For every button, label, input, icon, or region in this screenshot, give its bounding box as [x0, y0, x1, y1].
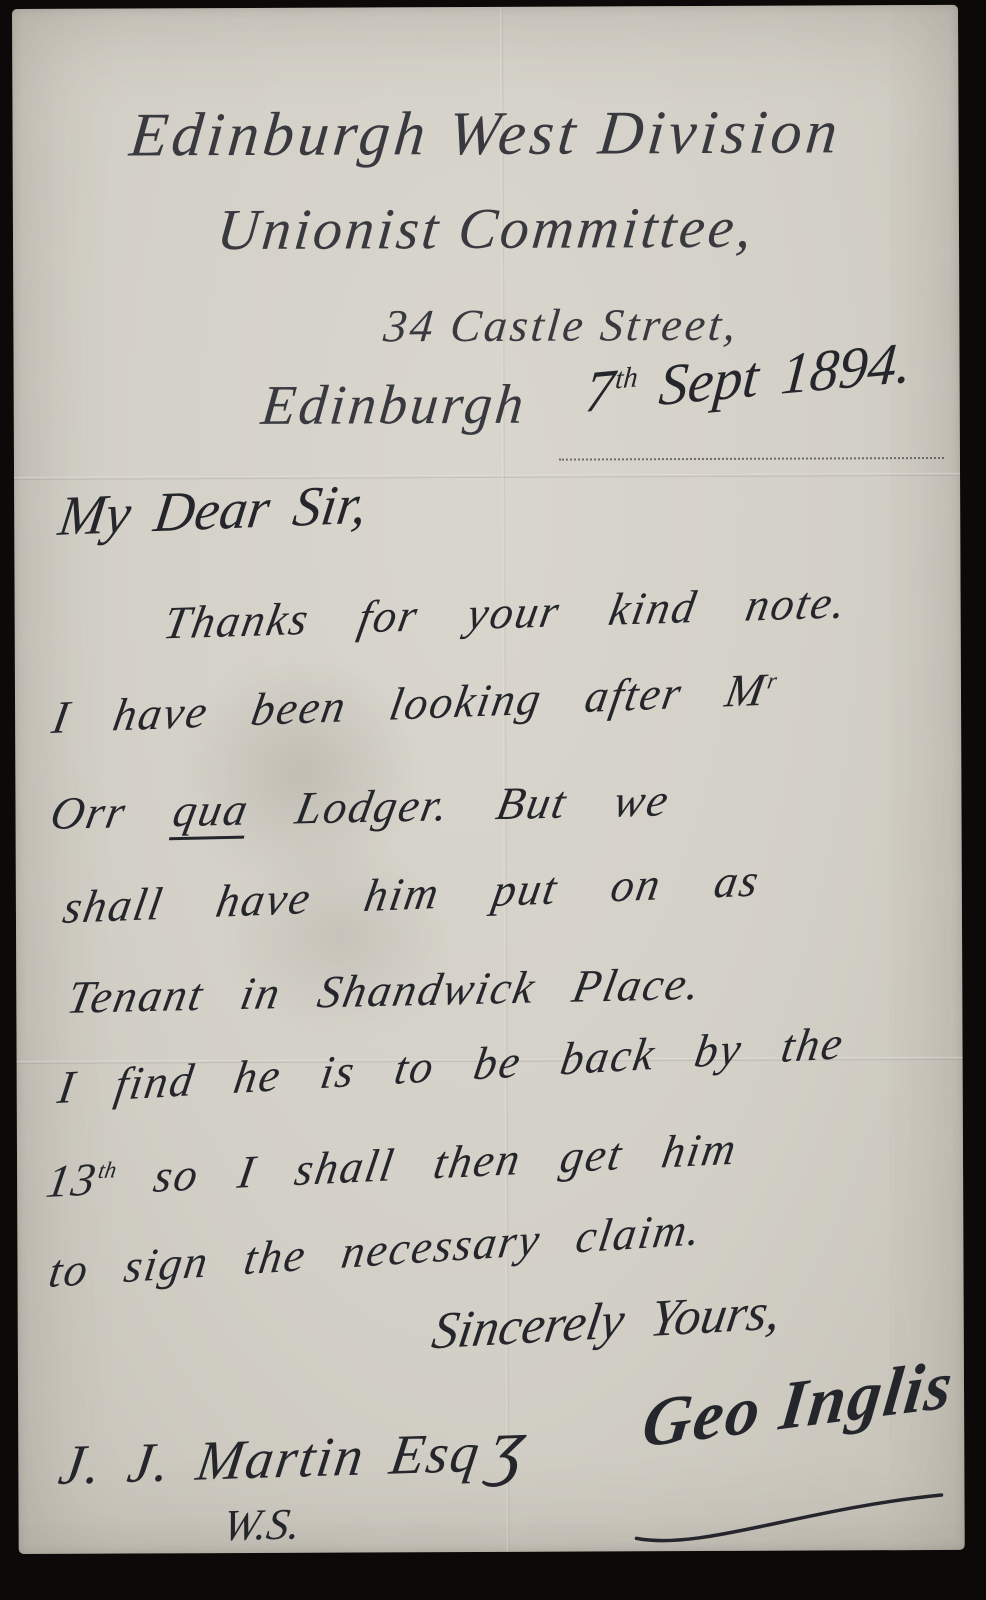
date-ordinal: th	[614, 361, 639, 395]
esq-flourish: ʒ	[485, 1403, 533, 1487]
photo-background: Edinburgh West Division Unionist Committ…	[0, 0, 986, 1600]
body-line-7-post: so I shall then get him	[111, 1122, 742, 1203]
letterhead-line1: Edinburgh West Division	[12, 97, 962, 172]
date-ruled-line	[559, 457, 944, 461]
recipient-name-text: J. J. Martin Esq	[55, 1422, 485, 1497]
body-line-3-pre: Orr	[47, 785, 179, 839]
fold-crease-horizontal-top	[14, 473, 960, 480]
signature-flourish	[629, 1485, 951, 1553]
body-line-1: Thanks for your kind note.	[160, 575, 852, 649]
recipient-postnominal: W.S.	[220, 1498, 304, 1551]
body-line-7-day: 13	[43, 1153, 101, 1207]
date-day: 7	[583, 356, 617, 424]
signature: Geo Inglis	[638, 1344, 958, 1464]
body-line-8: to sign the necessary claim.	[46, 1202, 706, 1298]
letterhead-city: Edinburgh	[259, 373, 530, 438]
body-line-3-post: Lodger. But we	[244, 774, 674, 834]
letter-paper: Edinburgh West Division Unionist Committ…	[12, 5, 965, 1554]
closing-valediction: Sincerely Yours,	[428, 1282, 785, 1361]
letterhead-line2: Unionist Committee,	[12, 193, 962, 264]
body-line-7: 13th so I shall then get him	[43, 1121, 742, 1208]
body-line-3-underlined-word: qua	[168, 783, 253, 840]
salutation: My Dear Sir,	[55, 473, 371, 549]
recipient-name: J. J. Martin Esqʒ	[54, 1402, 533, 1503]
